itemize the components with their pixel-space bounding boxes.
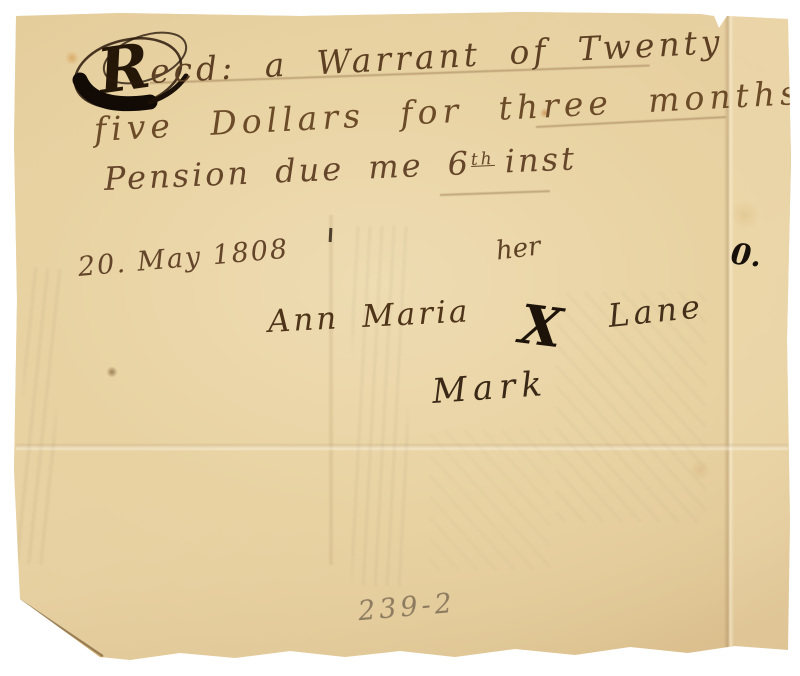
faint-vertical-crease [328, 215, 334, 565]
mark-label: Mark [431, 364, 549, 412]
corner-fold-crease-line [19, 599, 103, 657]
bleedthrough-ghost-writing-left [14, 267, 63, 564]
date-line: 20. May 1808 [77, 234, 291, 283]
document-paper: R ecd: a Warrant of Twenty five Dollars … [0, 0, 800, 676]
receipt-line-1: ecd: a Warrant of Twenty [149, 22, 724, 91]
receipt-line-3-end: inst [504, 139, 578, 180]
bleedthrough-ghost-writing-lower [430, 430, 550, 570]
receipt-line-3-text: Pension due me 6 [103, 144, 472, 198]
vertical-fold-crease [724, 12, 734, 664]
ink-speck [329, 228, 333, 242]
corner-fold-flap [18, 597, 104, 665]
stray-ink-zero-mark: 0. [729, 237, 763, 274]
faded-ink-stroke-2 [536, 116, 726, 128]
horizontal-fold-crease [16, 444, 788, 451]
faded-ink-stroke-3 [440, 190, 550, 196]
ordinal-superscript: th [470, 149, 495, 170]
faded-ink-stroke-1 [150, 65, 650, 84]
signature-given-name: Ann Maria [267, 293, 471, 340]
ink-blot-flourish-icon [50, 18, 200, 123]
scan-background: R ecd: a Warrant of Twenty five Dollars … [0, 0, 800, 676]
archival-number-pencil: 239-2 [357, 588, 457, 627]
bleedthrough-ghost-writing-right [556, 292, 706, 522]
signature-x-mark: X [516, 292, 565, 361]
receipt-line-3: Pension due me 6thinst [103, 139, 577, 198]
signature-surname: Lane [606, 287, 705, 335]
her-label: her [494, 231, 542, 266]
right-fold-panel-tint [730, 12, 790, 662]
bleedthrough-ghost-writing-center [352, 226, 408, 586]
